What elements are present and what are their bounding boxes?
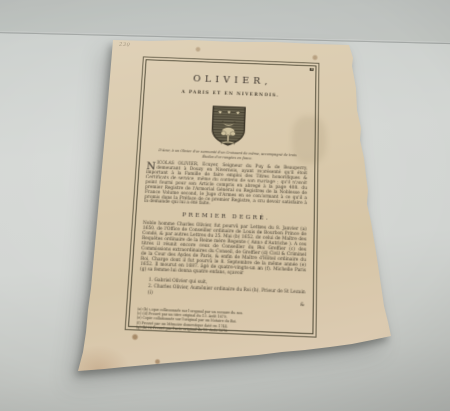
coat-of-arms-icon xyxy=(208,103,249,148)
footnotes-block: (a) (b) Copie collationnée sur l'origina… xyxy=(136,307,305,337)
page-subtitle: A PARIS ET EN NIVERNOIS. xyxy=(180,90,279,98)
paper-sheet-wrapper: 230 4 OLIVIER, A PARIS ET EN NIVERNOIS. xyxy=(0,0,450,411)
section-heading: PREMIER DEGRÉ. xyxy=(180,213,271,223)
pencil-inscription: 230 xyxy=(119,42,131,49)
paper-sheet: 230 4 OLIVIER, A PARIS ET EN NIVERNOIS. xyxy=(0,0,450,411)
page-title: OLIVIER, xyxy=(188,74,271,87)
intro-paragraph-text: ICOLAS OLIVIER, Ecuyer, Seigneur du Puy … xyxy=(144,161,307,207)
degree-paragraph: Noble homme Charles Olivier, fut pourvû … xyxy=(140,222,307,279)
photo-background: 230 4 OLIVIER, A PARIS ET EN NIVERNOIS. xyxy=(0,0,450,411)
printed-border-frame: 4 OLIVIER, A PARIS ET EN NIVERNOIS. xyxy=(128,59,317,334)
page-number: 4 xyxy=(310,68,314,72)
intro-paragraph: NICOLAS OLIVIER, Ecuyer, Seigneur du Puy… xyxy=(144,162,307,212)
text-block: OLIVIER, A PARIS ET EN NIVERNOIS. xyxy=(137,64,309,327)
arms-caption: D'Azur, à un Olivier d'or surmonté d'un … xyxy=(158,148,296,162)
